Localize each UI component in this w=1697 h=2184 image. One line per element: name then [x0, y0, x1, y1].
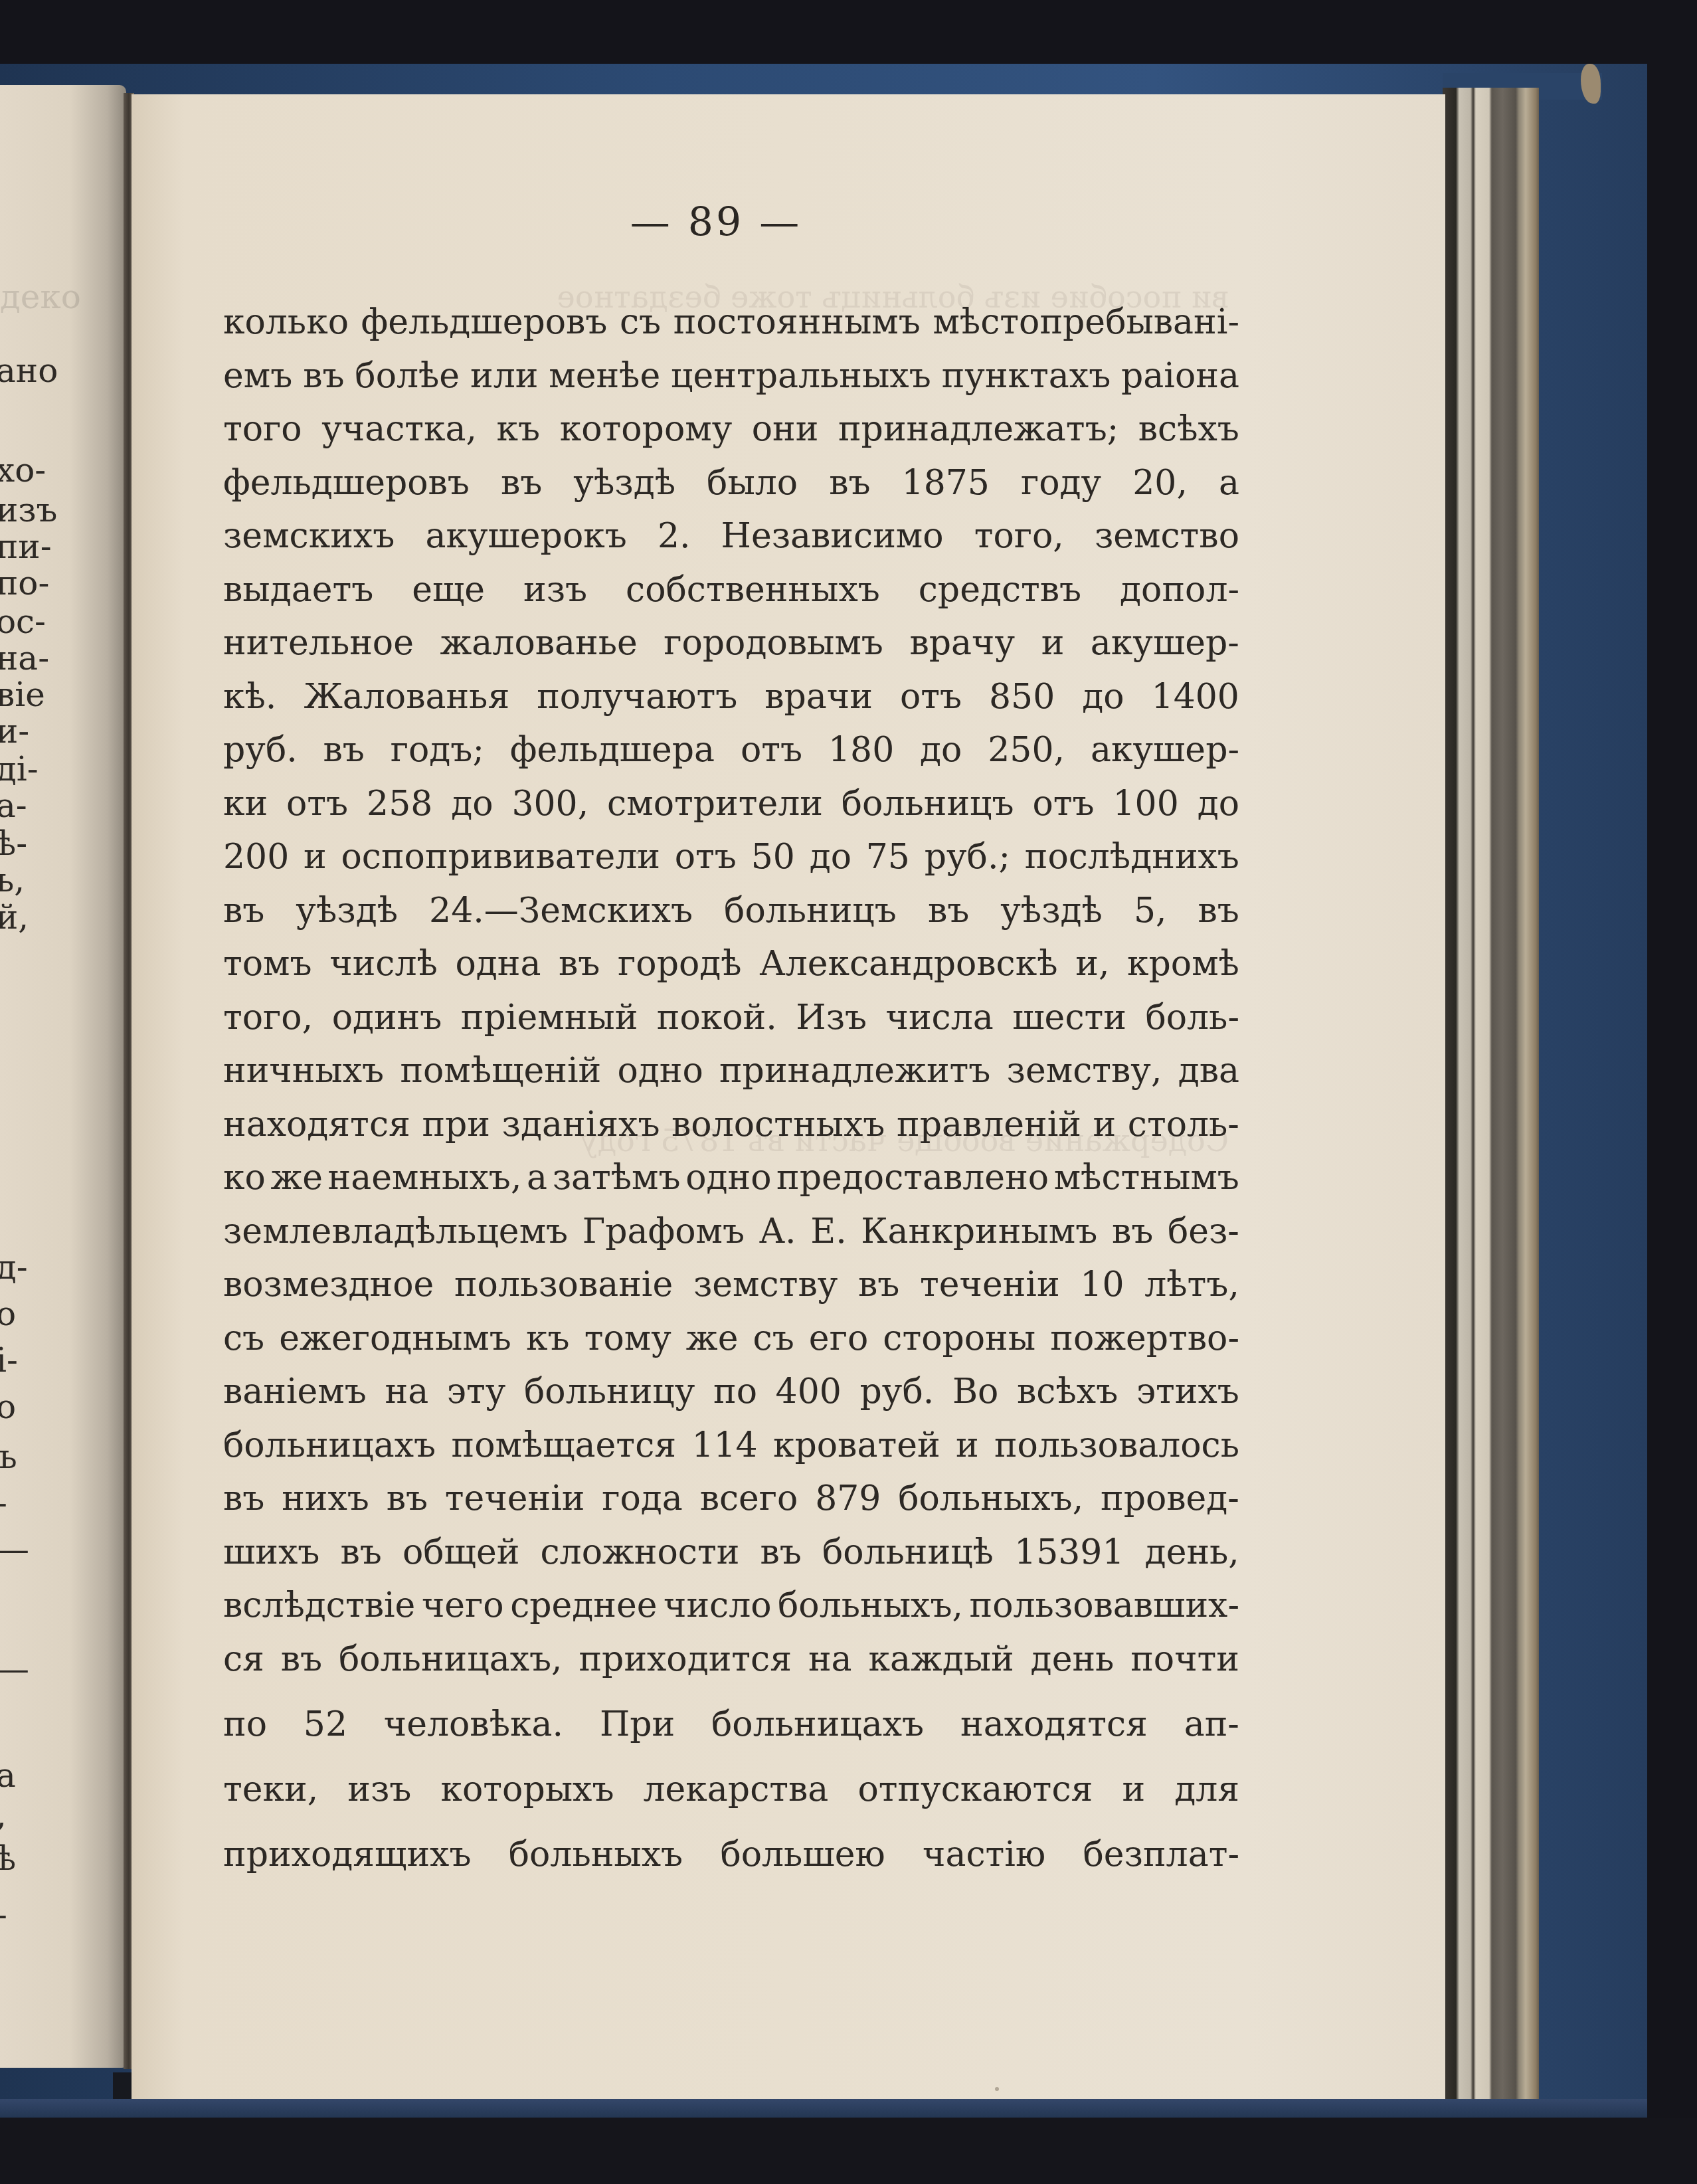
text-line: тогоучастка,къкоторомуонипринадлежатъ;вс… [223, 406, 1239, 452]
text-line: руб.въгодъ;фельдшераотъ180до250,акушер- [223, 727, 1239, 773]
text-line: въуѣздѣ24.—Земскихъбольницъвъуѣздѣ5,въ [223, 887, 1239, 934]
cover-bottom-edge [0, 2099, 1647, 2118]
left-fragment: ос- [0, 605, 46, 638]
left-fragment: ано [0, 354, 58, 387]
left-fragment: — [0, 1653, 29, 1686]
left-fragment: віе [0, 678, 45, 711]
text-line: по52человѣка.Прибольницахънаходятсяап- [223, 1701, 1239, 1748]
left-fragment: ѣ- [0, 827, 27, 860]
text-line: колькофельдшеровъсъпостояннымъмѣстопребы… [223, 299, 1239, 345]
left-fragment: о [0, 1390, 16, 1423]
text-line: землевладѣльцемъГрафомъА.Е.Канкринымъвъб… [223, 1208, 1239, 1255]
text-line: ваніемънаэтубольницупо400руб.Вовсѣхъэтих… [223, 1368, 1239, 1415]
left-fragment: о [0, 1297, 16, 1330]
left-page: деко ано хо- изъ пи- по- ос- на- віе и- … [0, 85, 126, 2068]
left-fragment: - [0, 1487, 7, 1520]
text-line: вънихъвътеченіигодавсего879больныхъ,пров… [223, 1475, 1239, 1522]
text-line: томъчислѣоднавъгородѣАлександровскѣи,кро… [223, 941, 1239, 987]
text-line: того,одинъпріемныйпокой.Изъчислашестибол… [223, 994, 1239, 1041]
background-bottom [0, 2118, 1697, 2184]
text-line: шихъвъобщейсложностивъбольницѣ15391день, [223, 1529, 1239, 1576]
left-fragment: хо- [0, 454, 46, 487]
left-fragment: й, [0, 901, 29, 934]
page-stack-edge [1443, 88, 1539, 2100]
left-fragment: по- [0, 567, 49, 600]
page-number: — 89 — [132, 199, 1300, 246]
text-line: 200иоспопрививателиотъ50до75руб.;послѣдн… [223, 834, 1239, 880]
left-page-showthrough: деко [0, 278, 81, 316]
left-fragment: ъ [0, 1440, 17, 1473]
text-line: сявъбольницахъ,приходитсянакаждыйденьпоч… [223, 1636, 1239, 1683]
text-line: кѣ.Жалованьяполучаютъврачиотъ850до1400 [223, 674, 1239, 720]
left-fragment: д- [0, 1251, 28, 1284]
text-line: съежегоднымъкътомужесъегостороныпожертво… [223, 1315, 1239, 1362]
text-line: емъвъболѣеилименѣецентральныхъпунктахъра… [223, 353, 1239, 399]
left-fragment: ді- [0, 753, 39, 786]
left-fragment: ь, [0, 864, 25, 897]
left-fragment: , [0, 1799, 7, 1832]
text-line: киотъ258до300,смотрителибольницъотъ100до [223, 780, 1239, 827]
text-line: находятсяпризданіяхъволостныхъправленійи… [223, 1101, 1239, 1148]
left-fragment: пи- [0, 530, 52, 563]
paper-spot [995, 2087, 999, 2091]
left-fragment: и- [0, 715, 29, 748]
text-line: вслѣдствіечегосреднеечислобольныхъ,польз… [223, 1582, 1239, 1629]
left-fragment: а- [0, 789, 27, 822]
left-fragment: а [0, 1759, 16, 1792]
text-line: приходящихъбольныхъбольшеючастіюбезплат- [223, 1831, 1239, 1878]
left-fragment: - [0, 1898, 7, 1932]
left-fragment: на- [0, 642, 49, 675]
left-fragment: і- [0, 1344, 18, 1377]
text-line: выдаетъещеизъсобственныхъсредствъдопол- [223, 567, 1239, 613]
text-line: больницахъпомѣщается114кроватейипользова… [223, 1422, 1239, 1469]
text-line: коженаемныхъ,азатѣмъоднопредоставленомѣс… [223, 1154, 1239, 1201]
left-fragment: изъ [0, 494, 57, 527]
left-fragment: ѣ [0, 1842, 16, 1875]
text-line: теки,изъкоторыхълекарстваотпускаютсяидля [223, 1766, 1239, 1813]
text-line: фельдшеровъвъуѣздѣбыловъ1875году20,а [223, 460, 1239, 506]
text-line: возмездноепользованіеземствувътеченіи10л… [223, 1261, 1239, 1308]
left-fragment: — [0, 1533, 29, 1566]
text-line: земскихъакушерокъ2.Независимотого,земств… [223, 513, 1239, 559]
text-line: нительноежалованьегородовымъврачуиакушер… [223, 620, 1239, 666]
text-line: ничныхъпомѣщенійоднопринадлежитъземству,… [223, 1047, 1239, 1094]
